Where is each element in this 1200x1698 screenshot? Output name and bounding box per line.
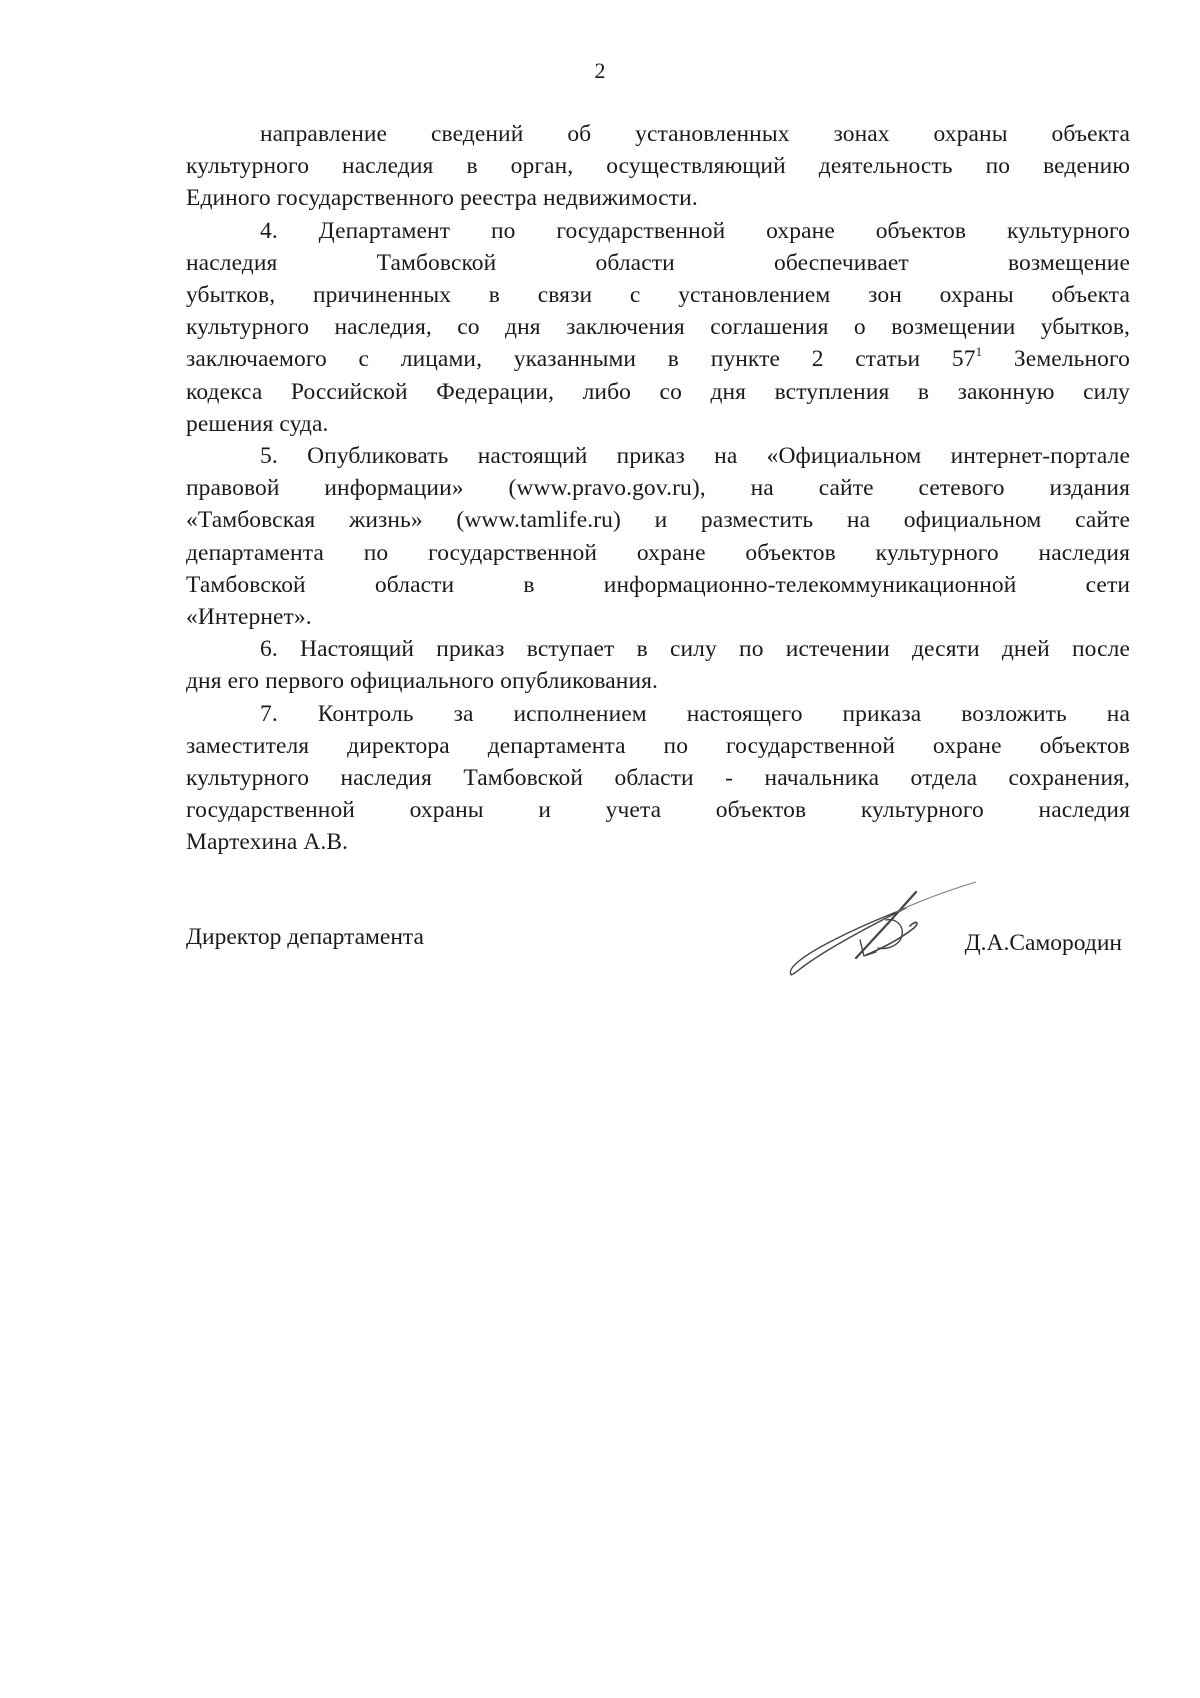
- text-line: «Интернет».: [186, 601, 1130, 633]
- text-line: 7. Контроль за исполнением настоящего пр…: [186, 698, 1130, 730]
- handwritten-signature-icon: [786, 880, 976, 980]
- page-number: 2: [0, 58, 1200, 84]
- text-line: государственной охраны и учета объектов …: [186, 794, 1130, 826]
- signature-block: Директор департамента Д.А.Самородин: [186, 920, 1130, 1000]
- signatory-title: Директор департамента: [186, 924, 424, 951]
- paragraph-item-4: 4. Департамент по государственной охране…: [186, 215, 1130, 440]
- text-line: 5. Опубликовать настоящий приказ на «Офи…: [186, 440, 1130, 472]
- text-line: решения суда.: [186, 408, 1130, 440]
- text-line-with-footnote: заключаемого с лицами, указанными в пунк…: [186, 343, 1130, 375]
- text-line: департамента по государственной охране о…: [186, 537, 1130, 569]
- signatory-name: Д.А.Самородин: [965, 930, 1122, 957]
- text-line: заместителя директора департамента по го…: [186, 730, 1130, 762]
- text-line: кодекса Российской Федерации, либо со дн…: [186, 376, 1130, 408]
- paragraph-item-7: 7. Контроль за исполнением настоящего пр…: [186, 698, 1130, 859]
- text-segment: Земельного: [982, 346, 1130, 372]
- text-line: дня его первого официального опубликован…: [186, 665, 1130, 697]
- text-line: убытков, причиненных в связи с установле…: [186, 279, 1130, 311]
- text-line: 6. Настоящий приказ вступает в силу по и…: [186, 633, 1130, 665]
- text-line: правовой информации» (www.pravo.gov.ru),…: [186, 472, 1130, 504]
- text-line: направление сведений об установленных зо…: [186, 118, 1130, 150]
- text-line: наследия Тамбовской области обеспечивает…: [186, 247, 1130, 279]
- text-line: культурного наследия в орган, осуществля…: [186, 150, 1130, 182]
- text-line: 4. Департамент по государственной охране…: [186, 215, 1130, 247]
- document-body: направление сведений об установленных зо…: [186, 118, 1130, 859]
- text-segment: заключаемого с лицами, указанными в пунк…: [186, 346, 976, 372]
- text-line: Единого государственного реестра недвижи…: [186, 182, 1130, 214]
- paragraph-zones-registry: направление сведений об установленных зо…: [186, 118, 1130, 215]
- text-line: культурного наследия Тамбовской области …: [186, 762, 1130, 794]
- text-line: культурного наследия, со дня заключения …: [186, 311, 1130, 343]
- text-line: «Тамбовская жизнь» (www.tamlife.ru) и ра…: [186, 504, 1130, 536]
- paragraph-item-5: 5. Опубликовать настоящий приказ на «Офи…: [186, 440, 1130, 633]
- paragraph-item-6: 6. Настоящий приказ вступает в силу по и…: [186, 633, 1130, 697]
- text-line: Тамбовской области в информационно-телек…: [186, 569, 1130, 601]
- text-line: Мартехина А.В.: [186, 826, 1130, 858]
